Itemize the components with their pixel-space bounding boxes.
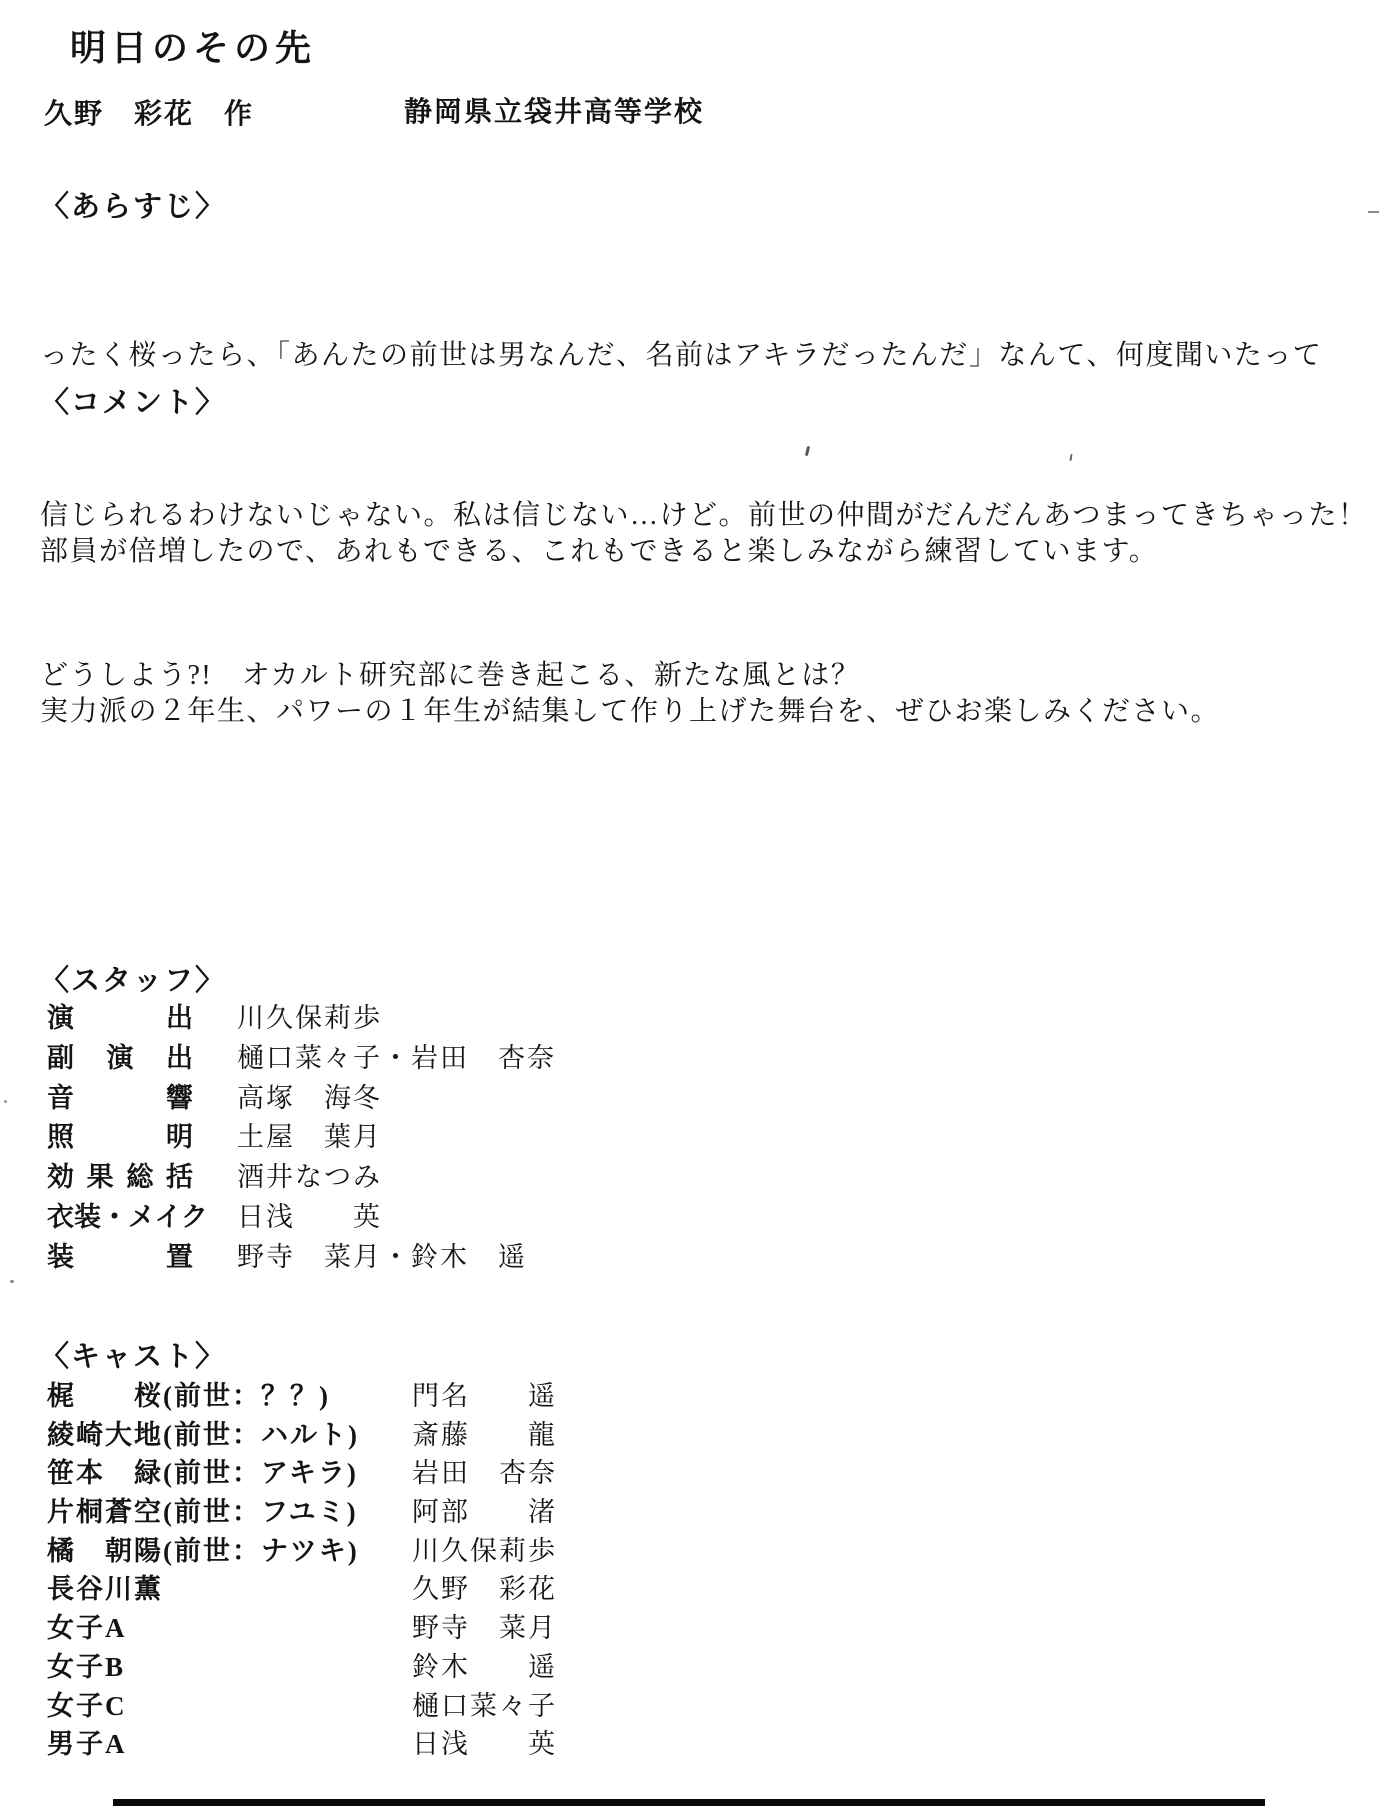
- cast-actor-name: 樋口菜々子: [412, 1684, 557, 1723]
- cast-actor-name: 鈴木 遥: [412, 1645, 557, 1684]
- staff-role: 装置: [47, 1235, 193, 1274]
- cast-heading: 〈キャスト〉: [40, 1334, 226, 1375]
- page-title: 明日のその先: [70, 20, 316, 71]
- scan-artifact-dash: [1368, 211, 1379, 213]
- staff-list: 演出 川久保莉歩 副演出 樋口菜々子・岩田 杏奈 音響 高塚 海冬 照明 土屋 …: [0, 996, 1388, 1275]
- cast-list: 梶 桜(前世：？？) 門名 遥 綾崎大地(前世：ハルト) 斎藤 龍 笹本 緑(前…: [0, 1374, 1388, 1761]
- staff-row: 照明 土屋 葉月: [0, 1115, 1388, 1155]
- cast-row: 橘 朝陽(前世：ナツキ) 川久保莉歩: [0, 1529, 1388, 1568]
- author-byline: 久野 彩花 作: [44, 92, 254, 132]
- cast-row: 女子C 樋口菜々子: [0, 1684, 1388, 1723]
- cast-actor-name: 阿部 渚: [412, 1490, 557, 1529]
- cast-character-name: 男子A: [47, 1722, 127, 1761]
- staff-member-names: 土屋 葉月: [237, 1115, 382, 1154]
- staff-role: 音響: [47, 1076, 193, 1115]
- staff-row: 演出 川久保莉歩: [0, 996, 1388, 1036]
- cast-actor-name: 日浅 英: [412, 1722, 557, 1761]
- cast-character-name: 女子A: [47, 1606, 127, 1645]
- cast-character-name: 女子C: [47, 1684, 127, 1723]
- staff-role: 副演出: [47, 1036, 193, 1075]
- cast-row: 女子B 鈴木 遥: [0, 1645, 1388, 1684]
- cast-character-name: 橘 朝陽(前世：ナツキ): [47, 1529, 359, 1568]
- staff-row: 効果総括 酒井なつみ: [0, 1155, 1388, 1195]
- staff-row: 音響 高塚 海冬: [0, 1076, 1388, 1116]
- scan-edge-bar: [113, 1799, 1265, 1806]
- cast-actor-name: 斎藤 龍: [412, 1413, 557, 1452]
- staff-member-names: 川久保莉歩: [237, 996, 382, 1035]
- cast-actor-name: 川久保莉歩: [412, 1529, 557, 1568]
- staff-member-names: 野寺 菜月・鈴木 遥: [237, 1235, 527, 1274]
- staff-member-names: 酒井なつみ: [237, 1155, 382, 1194]
- cast-character-name: 長谷川薫: [47, 1567, 163, 1606]
- staff-member-names: 樋口菜々子・岩田 杏奈: [237, 1036, 556, 1075]
- comment-line: 部員が倍増したので、あれもできる、これもできると楽しみながら練習しています。: [40, 532, 1220, 572]
- scanned-program-page: 明日のその先 久野 彩花 作 静岡県立袋井高等学校 〈あらすじ〉 ったく桜ったら…: [0, 0, 1388, 1808]
- staff-heading: 〈スタッフ〉: [40, 958, 226, 999]
- cast-row: 梶 桜(前世：？？) 門名 遥: [0, 1374, 1388, 1413]
- school-name: 静岡県立袋井高等学校: [404, 90, 704, 130]
- cast-row: 長谷川薫 久野 彩花: [0, 1567, 1388, 1606]
- staff-role: 演出: [47, 996, 193, 1035]
- staff-member-names: 高塚 海冬: [237, 1076, 382, 1115]
- cast-character-name: 片桐蒼空(前世：フユミ): [47, 1490, 358, 1529]
- cast-row: 笹本 緑(前世：アキラ) 岩田 杏奈: [0, 1451, 1388, 1490]
- cast-character-name: 梶 桜(前世：？？): [47, 1374, 330, 1413]
- staff-member-names: 日浅 英: [237, 1195, 382, 1234]
- staff-role: 効果総括: [47, 1155, 193, 1194]
- cast-actor-name: 門名 遥: [412, 1374, 557, 1413]
- comment-paragraph: 部員が倍増したので、あれもできる、これもできると楽しみながら練習しています。 実…: [40, 412, 1220, 852]
- staff-row: 装置 野寺 菜月・鈴木 遥: [0, 1235, 1388, 1275]
- synopsis-line: ったく桜ったら、「あんたの前世は男なんだ、名前はアキラだったんだ」なんて、何度聞…: [40, 336, 1368, 376]
- staff-row: 副演出 樋口菜々子・岩田 杏奈: [0, 1036, 1388, 1076]
- cast-row: 男子A 日浅 英: [0, 1722, 1388, 1761]
- cast-actor-name: 岩田 杏奈: [412, 1451, 557, 1490]
- comment-line: 実力派の２年生、パワーの１年生が結集して作り上げた舞台を、ぜひお楽しみください。: [40, 692, 1220, 732]
- staff-row: 衣装・メイク 日浅 英: [0, 1195, 1388, 1235]
- cast-actor-name: 久野 彩花: [412, 1567, 557, 1606]
- staff-role: 衣装・メイク: [47, 1195, 193, 1234]
- cast-character-name: 女子B: [47, 1645, 125, 1684]
- cast-character-name: 綾崎大地(前世：ハルト): [47, 1413, 359, 1452]
- cast-row: 片桐蒼空(前世：フユミ) 阿部 渚: [0, 1490, 1388, 1529]
- cast-character-name: 笹本 緑(前世：アキラ): [47, 1451, 358, 1490]
- cast-row: 女子A 野寺 菜月: [0, 1606, 1388, 1645]
- cast-row: 綾崎大地(前世：ハルト) 斎藤 龍: [0, 1413, 1388, 1452]
- cast-actor-name: 野寺 菜月: [412, 1606, 557, 1645]
- staff-role: 照明: [47, 1115, 193, 1154]
